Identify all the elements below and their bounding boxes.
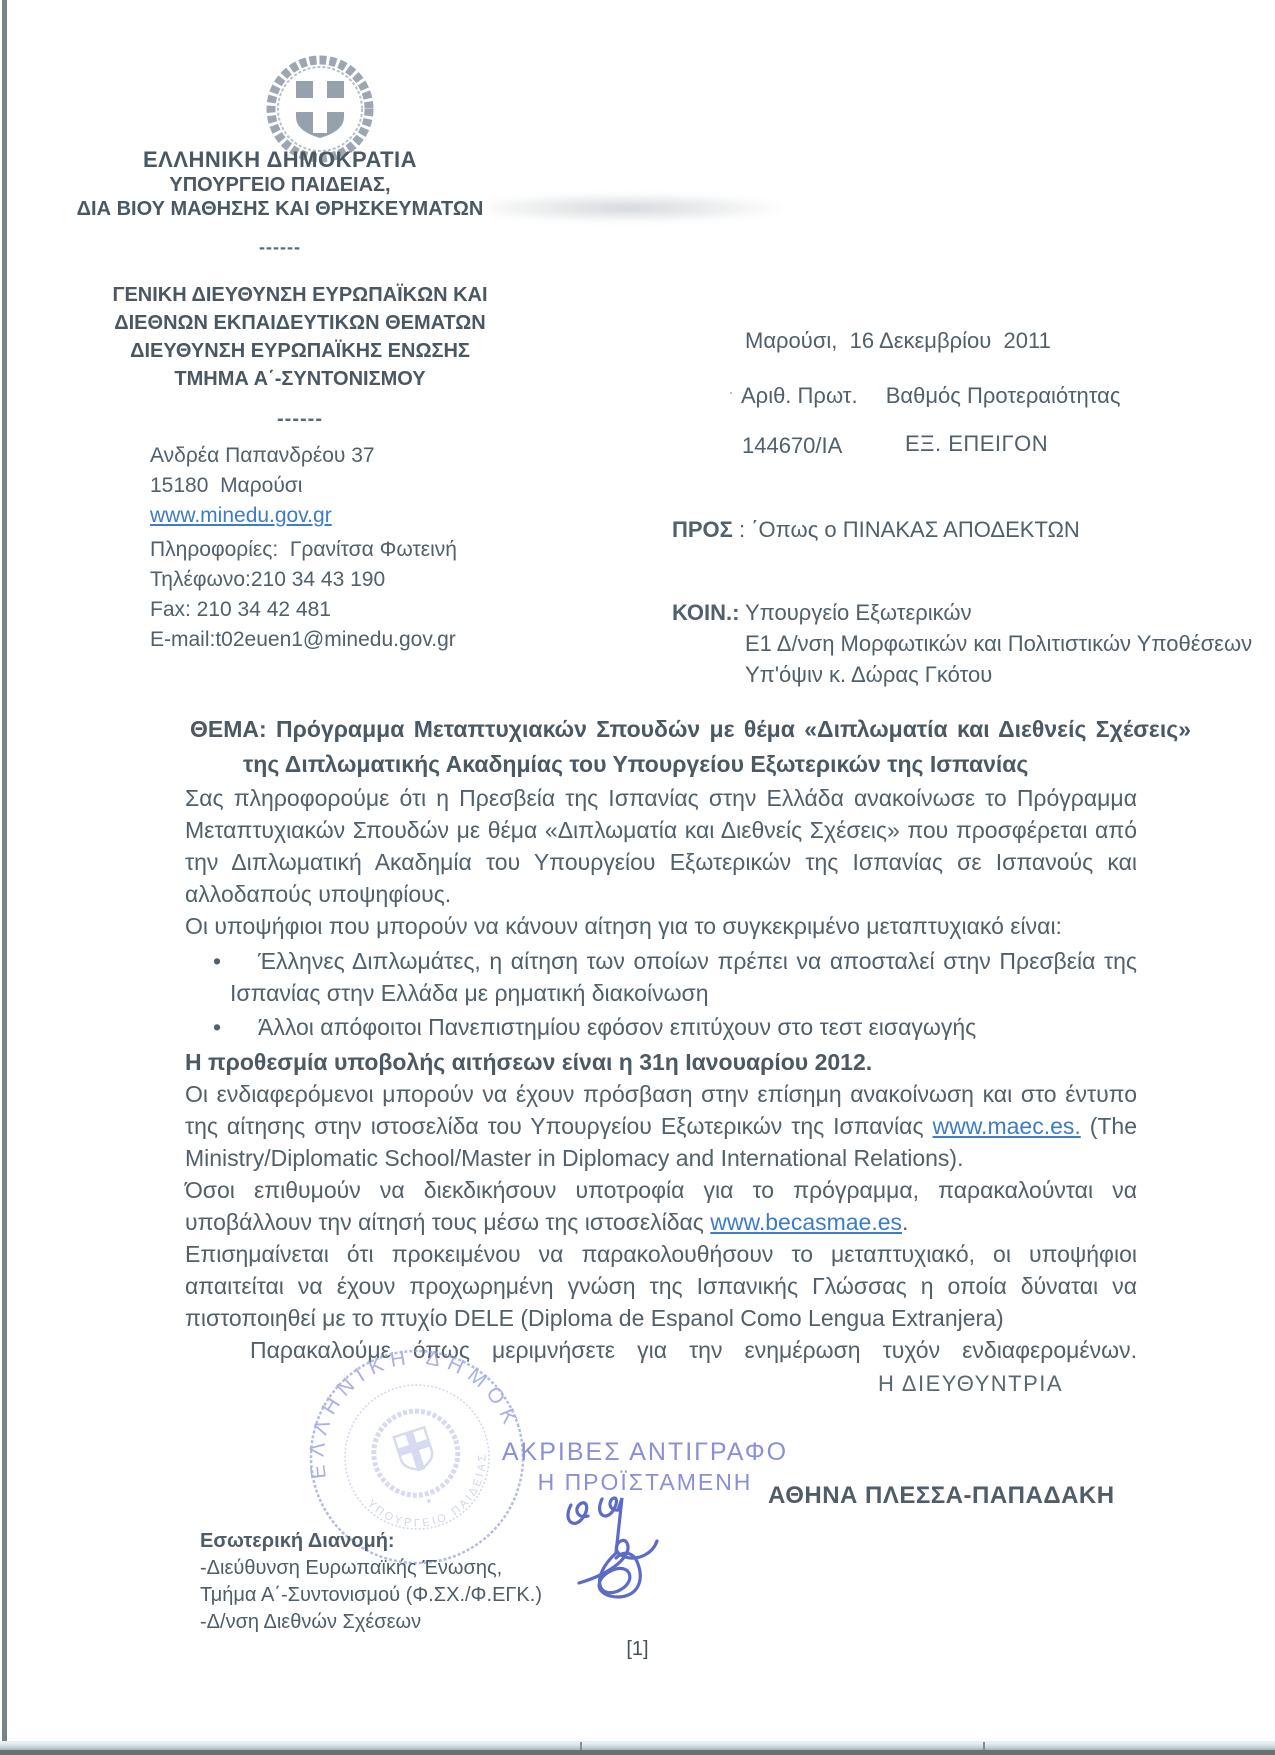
signature-scribble-icon bbox=[555, 1483, 685, 1608]
scanned-letter-page: ΕΛΛΗΝΙΚΗ ΔΗΜΟΚΡΑΤΙΑ ΥΠΟΥΡΓΕΙΟ ΠΑΙΔΕΙΑΣ, … bbox=[0, 0, 1275, 1755]
svg-text:*: * bbox=[425, 1495, 434, 1511]
distribution-line: Τμήμα Α΄-Συντονισμού (Φ.ΣΧ./Φ.ΕΓΚ.) bbox=[200, 1582, 542, 1609]
text-segment: Όσοι επιθυμούν να διεκδικήσουν υποτροφία… bbox=[185, 1177, 1137, 1235]
list-item-graduates: Άλλοι απόφοιτοι Πανεπιστημίου εφόσον επι… bbox=[185, 1011, 1137, 1043]
directorate-block: ΓΕΝΙΚΗ ΔΙΕΥΘΥΝΣΗ ΕΥΡΩΠΑΪΚΩΝ ΚΑΙ ΔΙΕΘΝΩΝ … bbox=[75, 281, 525, 433]
scrollbar-bottom-edge bbox=[0, 1750, 1275, 1755]
maec-website-link[interactable]: www.maec.es. bbox=[933, 1113, 1081, 1139]
seal-text: ΕΛΛΗΝΙΚΗ ΔΗΜΟΚΡΑΤΙΑ bbox=[292, 1336, 525, 1496]
divider-dashes: ------ bbox=[55, 237, 505, 258]
paragraph-scholarship: Όσοι επιθυμούν να διεκδικήσουν υποτροφία… bbox=[185, 1174, 1137, 1238]
certified-copy-line: ΑΚΡΙΒΕΣ ΑΝΤΙΓΡΑΦΟ bbox=[500, 1437, 790, 1467]
directorate-line: ΔΙΕΥΘΥΝΣΗ ΕΥΡΩΠΑΪΚΗΣ ΕΝΩΣΗΣ bbox=[75, 337, 525, 365]
text-segment: . bbox=[902, 1209, 908, 1235]
paragraph-access-info: Οι ενδιαφερόμενοι μπορούν να έχουν πρόσβ… bbox=[185, 1078, 1137, 1174]
page-number: [1] bbox=[0, 1638, 1275, 1661]
priority-value: ΕΞ. ΕΠΕΙΓΟΝ bbox=[905, 431, 1048, 457]
protocol-number-label: Αριθ. Πρωτ. bbox=[741, 383, 858, 409]
directorate-line: ΔΙΕΘΝΩΝ ΕΚΠΑΙΔΕΥΤΙΚΩΝ ΘΕΜΑΤΩΝ bbox=[75, 309, 525, 337]
directorate-line: ΓΕΝΙΚΗ ΔΙΕΥΘΥΝΣΗ ΕΥΡΩΠΑΪΚΩΝ ΚΑΙ bbox=[75, 281, 525, 309]
director-title: Η ΔΙΕΥΘΥΝΤΡΙΑ bbox=[878, 1371, 1063, 1397]
ministry-name-line1: ΥΠΟΥΡΓΕΙΟ ΠΑΙΔΕΙΑΣ, bbox=[55, 173, 505, 197]
priority-label: Βαθμός Προτεραιότητας bbox=[886, 383, 1121, 409]
paragraph-language-requirement: Επισημαίνεται ότι προκειμένου να παρακολ… bbox=[185, 1238, 1137, 1334]
phone-line: Τηλέφωνο:210 34 43 190 bbox=[150, 565, 457, 595]
protocol-number: 144670/ΙΑ bbox=[742, 433, 842, 459]
eligibility-list: Έλληνες Διπλωμάτες, η αίτηση των οποίων … bbox=[185, 945, 1137, 1043]
distribution-line: -Διεύθυνση Ευρωπαϊκής Ένωσης, bbox=[200, 1555, 542, 1582]
distribution-line: -Δ/νση Διεθνών Σχέσεων bbox=[200, 1609, 542, 1636]
paragraph-announcement: Σας πληροφορούμε ότι η Πρεσβεία της Ισπα… bbox=[185, 782, 1137, 910]
deadline-statement: Η προθεσμία υποβολής αιτήσεων είναι η 31… bbox=[185, 1046, 1137, 1078]
place-and-date: Μαρούσι, 16 Δεκεμβρίου 2011 bbox=[745, 328, 1051, 354]
cc-block: ΚΟΙΝ.: Υπουργείο Εξωτερικών Ε1 Δ/νση Μορ… bbox=[672, 597, 1252, 690]
pros-value: ΄Οπως ο ΠΙΝΑΚΑΣ ΑΠΟΔΕΚΤΩΝ bbox=[751, 517, 1080, 542]
scrollbar-track[interactable] bbox=[0, 1741, 1275, 1750]
list-item-diplomats: Έλληνες Διπλωμάτες, η αίτηση των οποίων … bbox=[185, 945, 1137, 1009]
paragraph-eligibility-intro: Οι υποψήφιοι που μπορούν να κάνουν αίτησ… bbox=[185, 910, 1137, 942]
ministry-website-link[interactable]: www.minedu.gov.gr bbox=[150, 504, 332, 527]
subject-text: Πρόγραμμα Μεταπτυχιακών Σπουδών με θέμα … bbox=[243, 716, 1191, 777]
info-contact-person: Πληροφορίες: Γρανίτσα Φωτεινή bbox=[150, 535, 457, 565]
email-line: E-mail:t02euen1@minedu.gov.gr bbox=[150, 625, 457, 655]
koin-line: Υπ'όψιν κ. Δώρας Γκότου bbox=[745, 659, 1252, 690]
subject-line: ΘΕΜΑ: Πρόγραμμα Μεταπτυχιακών Σπουδών με… bbox=[190, 712, 1191, 782]
koin-label: ΚΟΙΝ.: bbox=[672, 597, 739, 628]
becasmae-website-link[interactable]: www.becasmae.es bbox=[710, 1209, 902, 1235]
horizontal-scrollbar[interactable] bbox=[0, 1742, 1275, 1755]
directorate-line: ΤΜΗΜΑ Α΄-ΣΥΝΤΟΝΙΣΜΟΥ bbox=[75, 365, 525, 393]
divider-dashes: ------ bbox=[75, 405, 525, 433]
address-city: 15180 Μαρούσι bbox=[150, 471, 457, 501]
page-edge-shadow bbox=[2, 0, 7, 1742]
addressee-row: ΠΡΟΣ : ΄Οπως ο ΠΙΝΑΚΑΣ ΑΠΟΔΕΚΤΩΝ bbox=[672, 517, 1080, 543]
internal-distribution: Εσωτερική Διανομή: -Διεύθυνση Ευρωπαϊκής… bbox=[200, 1528, 542, 1636]
svg-text:ΕΛΛΗΝΙΚΗ ΔΗΜΟΚΡΑΤΙΑ: ΕΛΛΗΝΙΚΗ ΔΗΜΟΚΡΑΤΙΑ bbox=[292, 1336, 525, 1496]
scan-smudge bbox=[492, 193, 792, 223]
koin-line: Ε1 Δ/νση Μορφωτικών και Πολιτιστικών Υπο… bbox=[745, 628, 1252, 659]
ministry-name-line2: ΔΙΑ ΒΙΟΥ ΜΑΘΗΣΗΣ ΚΑΙ ΘΡΗΣΚΕΥΜΑΤΩΝ bbox=[55, 197, 505, 221]
pros-label: ΠΡΟΣ bbox=[672, 517, 733, 542]
text-segment: : bbox=[733, 517, 751, 542]
address-street: Ανδρέα Παπανδρέου 37 bbox=[150, 441, 457, 471]
letter-body: Σας πληροφορούμε ότι η Πρεσβεία της Ισπα… bbox=[185, 782, 1137, 1366]
subject-label: ΘΕΜΑ: bbox=[190, 716, 267, 742]
scrollbar-divider bbox=[983, 1742, 985, 1750]
fax-line: Fax: 210 34 42 481 bbox=[150, 595, 457, 625]
republic-title: ΕΛΛΗΝΙΚΗ ΔΗΜΟΚΡΑΤΙΑ bbox=[55, 146, 505, 173]
koin-line: Υπουργείο Εξωτερικών bbox=[745, 597, 1252, 628]
contact-block: Ανδρέα Παπανδρέου 37 15180 Μαρούσι www.m… bbox=[150, 441, 457, 655]
scan-dot-artifact: · bbox=[728, 382, 734, 403]
director-name: ΑΘΗΝΑ ΠΛΕΣΣΑ-ΠΑΠΑΔΑΚΗ bbox=[768, 1482, 1115, 1510]
distribution-title: Εσωτερική Διανομή: bbox=[200, 1528, 542, 1555]
scrollbar-divider bbox=[580, 1742, 582, 1750]
